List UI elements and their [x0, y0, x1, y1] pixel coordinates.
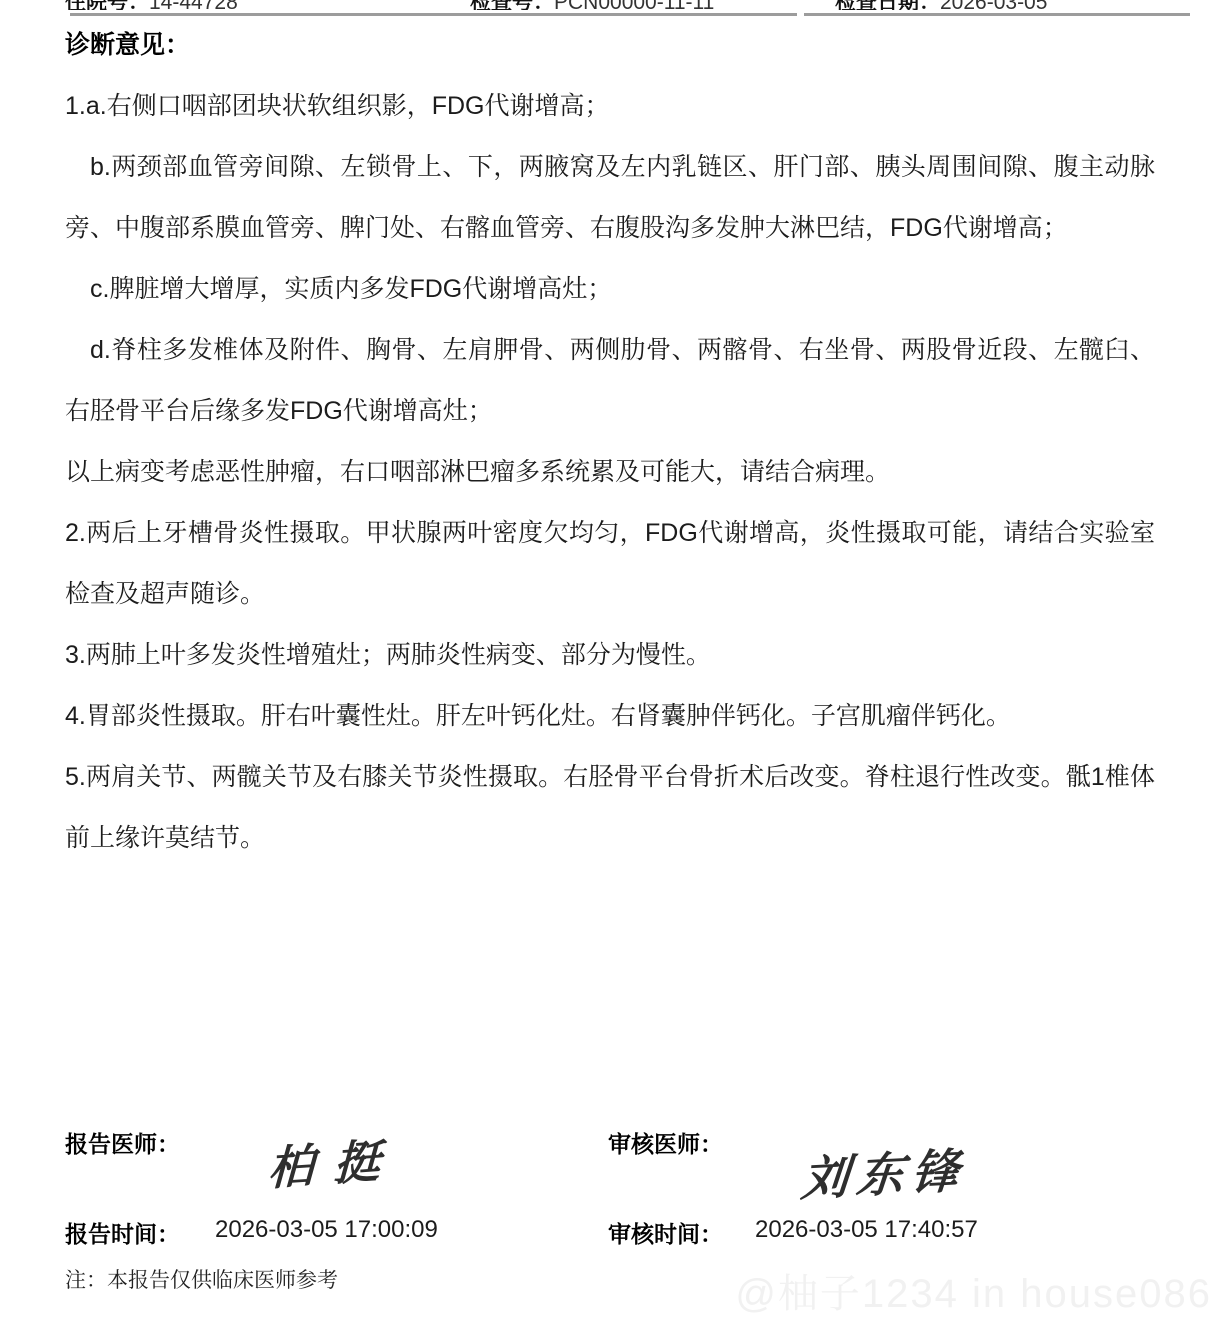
diagnosis-paragraph-3: 3.两肺上叶多发炎性增殖灶；两肺炎性病变、部分为慢性。 — [65, 625, 1155, 686]
diagnosis-paragraph-1c: c.脾脏增大增厚，实质内多发FDG代谢增高灶； — [65, 259, 1155, 320]
header-field-value: 2026-03-05 — [940, 0, 1047, 10]
diagnosis-paragraph-1a: 1.a.右侧口咽部团块状软组织影，FDG代谢增高； — [65, 76, 1155, 137]
header-field-label: 检查号： — [470, 0, 554, 10]
diagnosis-paragraph-4: 4.胃部炎性摄取。肝右叶囊性灶。肝左叶钙化灶。右肾囊肿伴钙化。子宫肌瘤伴钙化。 — [65, 686, 1155, 747]
header-field-exam-date: 检查日期：2026-03-05 — [835, 0, 1047, 10]
diagnosis-paragraph-2: 2.两后上牙槽骨炎性摄取。甲状腺两叶密度欠均匀，FDG代谢增高，炎性摄取可能，请… — [65, 503, 1155, 625]
report-doctor-signature: 柏挺 — [267, 1123, 401, 1199]
diagnosis-paragraph-1d: d.脊柱多发椎体及附件、胸骨、左肩胛骨、两侧肋骨、两髂骨、右坐骨、两股骨近段、左… — [65, 320, 1155, 442]
diagnosis-section: 诊断意见： 1.a.右侧口咽部团块状软组织影，FDG代谢增高； b.两颈部血管旁… — [65, 15, 1155, 869]
review-time-label: 审核时间： — [608, 1216, 723, 1249]
report-page: 住院号：14-44728 检查号：PCN00000-11-11 检查日期：202… — [0, 0, 1220, 1327]
diagnosis-paragraph-5: 5.两肩关节、两髋关节及右膝关节炎性摄取。右胫骨平台骨折术后改变。脊柱退行性改变… — [65, 747, 1155, 869]
review-doctor-label: 审核医师： — [608, 1126, 723, 1159]
header-field-admission-no: 住院号：14-44728 — [65, 0, 238, 10]
header-field-exam-no: 检查号：PCN00000-11-11 — [470, 0, 714, 10]
watermark-text: @柚子1234 in house086 — [735, 1262, 1212, 1319]
review-doctor-signature: 刘东锋 — [799, 1133, 970, 1209]
diagnosis-title: 诊断意见： — [65, 15, 1155, 76]
report-time-label: 报告时间： — [65, 1216, 180, 1249]
diagnosis-conclusion-1: 以上病变考虑恶性肿瘤，右口咽部淋巴瘤多系统累及可能大，请结合病理。 — [65, 442, 1155, 503]
diagnosis-paragraph-1b: b.两颈部血管旁间隙、左锁骨上、下，两腋窝及左内乳链区、肝门部、胰头周围间隙、腹… — [65, 137, 1155, 259]
header-field-value: 14-44728 — [149, 0, 238, 10]
footer-disclaimer-note: 注：本报告仅供临床医师参考 — [65, 1264, 338, 1294]
report-doctor-label: 报告医师： — [65, 1126, 180, 1159]
header-field-label: 住院号： — [65, 0, 149, 10]
clipped-header-row: 住院号：14-44728 检查号：PCN00000-11-11 检查日期：202… — [0, 0, 1220, 10]
header-field-value: PCN00000-11-11 — [554, 0, 714, 10]
report-time-value: 2026-03-05 17:00:09 — [215, 1216, 438, 1244]
review-time-value: 2026-03-05 17:40:57 — [755, 1216, 978, 1244]
header-field-label: 检查日期： — [835, 0, 940, 10]
